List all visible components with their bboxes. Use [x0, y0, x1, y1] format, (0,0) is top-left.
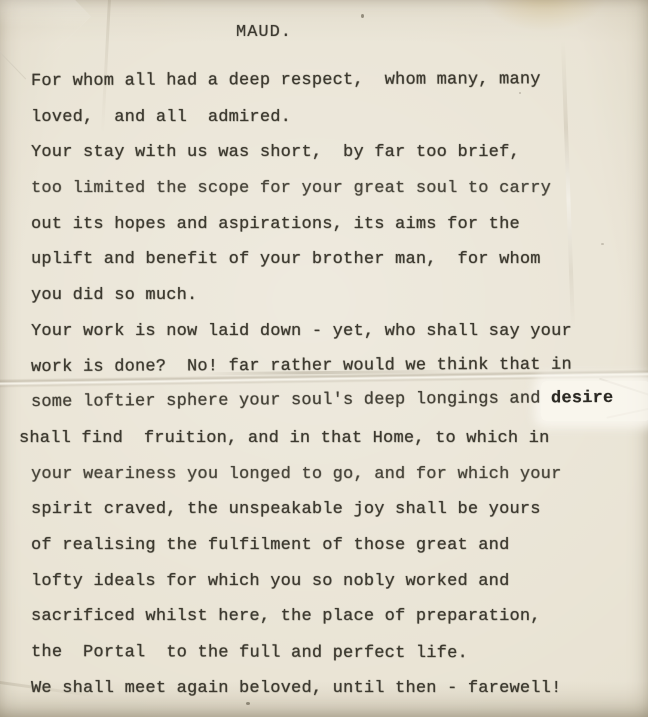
- typed-line: of realising the fulfilment of those gre…: [31, 536, 631, 572]
- typed-line: too limited the scope for your great sou…: [31, 179, 631, 215]
- typed-line: spirit craved, the unspeakable joy shall…: [31, 500, 631, 536]
- typed-lines: For whom all had a deep respect, whom ma…: [31, 72, 631, 714]
- typed-line: you did so much.: [31, 286, 631, 322]
- typed-line: your weariness you longed to go, and for…: [31, 465, 631, 501]
- typed-line: Your stay with us was short, by far too …: [31, 143, 631, 179]
- paper-document: MAUD. For whom all had a deep respect, w…: [0, 0, 648, 717]
- typed-line: out its hopes and aspirations, its aims …: [31, 215, 631, 251]
- typed-line: For whom all had a deep respect, whom ma…: [31, 70, 631, 108]
- highlighted-word: desire: [551, 389, 614, 408]
- typed-line: the Portal to the full and perfect life.: [31, 643, 631, 680]
- typed-line: uplift and benefit of your brother man, …: [31, 250, 631, 286]
- typed-line: loved, and all admired.: [31, 108, 631, 144]
- typed-line: sacrificed whilst here, the place of pre…: [31, 607, 631, 643]
- typed-line: lofty ideals for which you so nobly work…: [31, 572, 631, 608]
- typed-line: Your work is now laid down - yet, who sh…: [31, 322, 631, 358]
- typed-line: work is done? No! far rather would we th…: [31, 355, 631, 393]
- typed-line: shall find fruition, and in that Home, t…: [19, 429, 631, 465]
- document-title: MAUD.: [236, 23, 292, 42]
- paper-speck: [361, 14, 364, 18]
- line-text: some loftier sphere your soul's deep lon…: [31, 390, 551, 413]
- corner-fold-crease: [0, 0, 91, 79]
- typed-line: We shall meet again beloved, until then …: [31, 679, 631, 715]
- typed-line: some loftier sphere your soul's deep lon…: [31, 389, 631, 429]
